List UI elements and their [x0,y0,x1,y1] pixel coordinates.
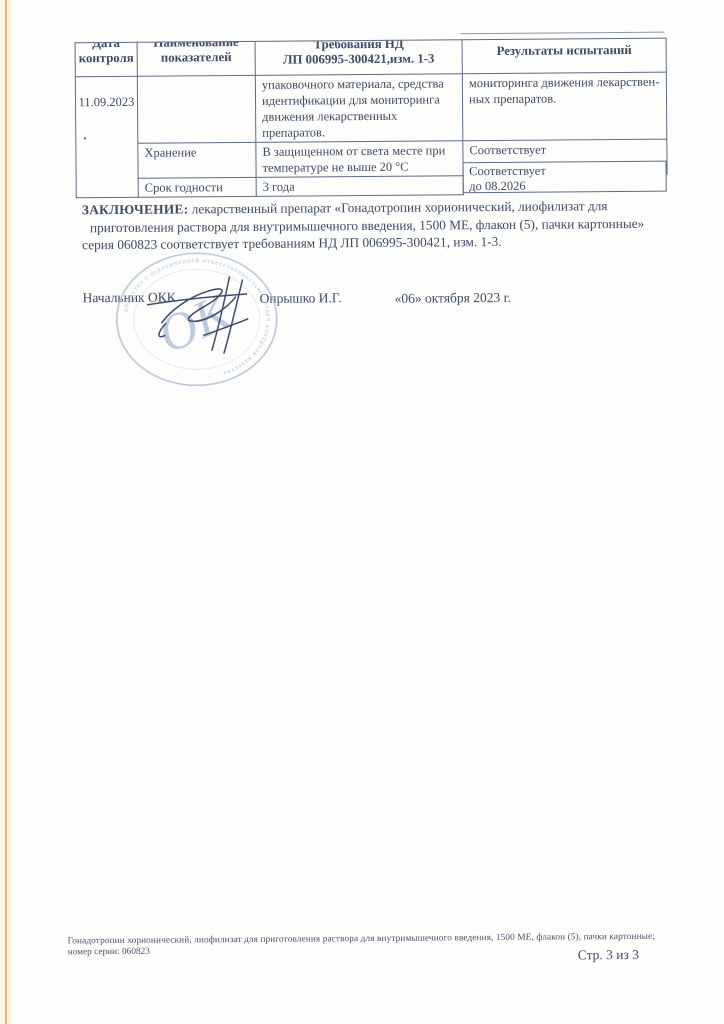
cell-requirement-3: 3 года [256,176,463,197]
svg-text:· общество с ограниченной отве: · общество с ограниченной ответственност… [121,257,272,380]
header-date: Дата контроля [75,42,137,76]
table-row: 11.09.2023 . упаковочного материала, сре… [75,72,667,144]
round-stamp: · общество с ограниченной ответственност… [116,253,277,386]
scan-artifact-line [460,32,664,35]
signatory-role: Начальник ОКК [83,290,176,307]
signatory-name: Опрышко И.Г. [260,290,342,307]
qc-results-table: Дата контроля Наименование показателей Т… [75,38,667,199]
stamp-ring-text: · общество с ограниченной ответственност… [121,257,272,380]
cell-control-date: 11.09.2023 . [75,76,138,197]
cell-requirement-1: упаковочного материала, средства идентиф… [255,74,463,143]
header-requirement: Требования НД ЛП 006995-300421,изм. 1-3 [255,40,462,76]
page-number: Стр. 3 из 3 [578,947,639,963]
cell-indicator-1 [137,75,256,143]
footer-series-line: номер серии: 060823 [68,947,150,958]
cell-result-1: мониторинга движения лекарствен- ных пре… [462,72,667,141]
signature-scribble [147,277,248,354]
signature-date: «06» октября 2023 г. [395,290,512,307]
conclusion-line-3: серия 060823 соответствует требованиям Н… [82,232,682,254]
document-page: Дата контроля Наименование показателей Т… [0,0,724,1024]
footer-product-line: Гонадотропин хорионический, лиофилизат д… [68,931,688,948]
cell-indicator-2: Хранение [138,142,256,178]
cell-result-3: Соответствует до 08.2026 [462,161,666,194]
conclusion-paragraph: ЗАКЛЮЧЕНИЕ: лекарственный препарат «Гона… [82,197,682,254]
cell-date-mark: . [83,127,86,143]
conclusion-label: ЗАКЛЮЧЕНИЕ: [82,201,189,217]
table-header-row: Дата контроля Наименование показателей Т… [75,38,666,77]
header-indicator: Наименование показателей [137,41,255,76]
header-result: Результаты испытаний [462,38,666,74]
cell-indicator-3: Срок годности [138,177,256,197]
cell-requirement-2: В защищенном от света месте при температ… [256,141,463,178]
